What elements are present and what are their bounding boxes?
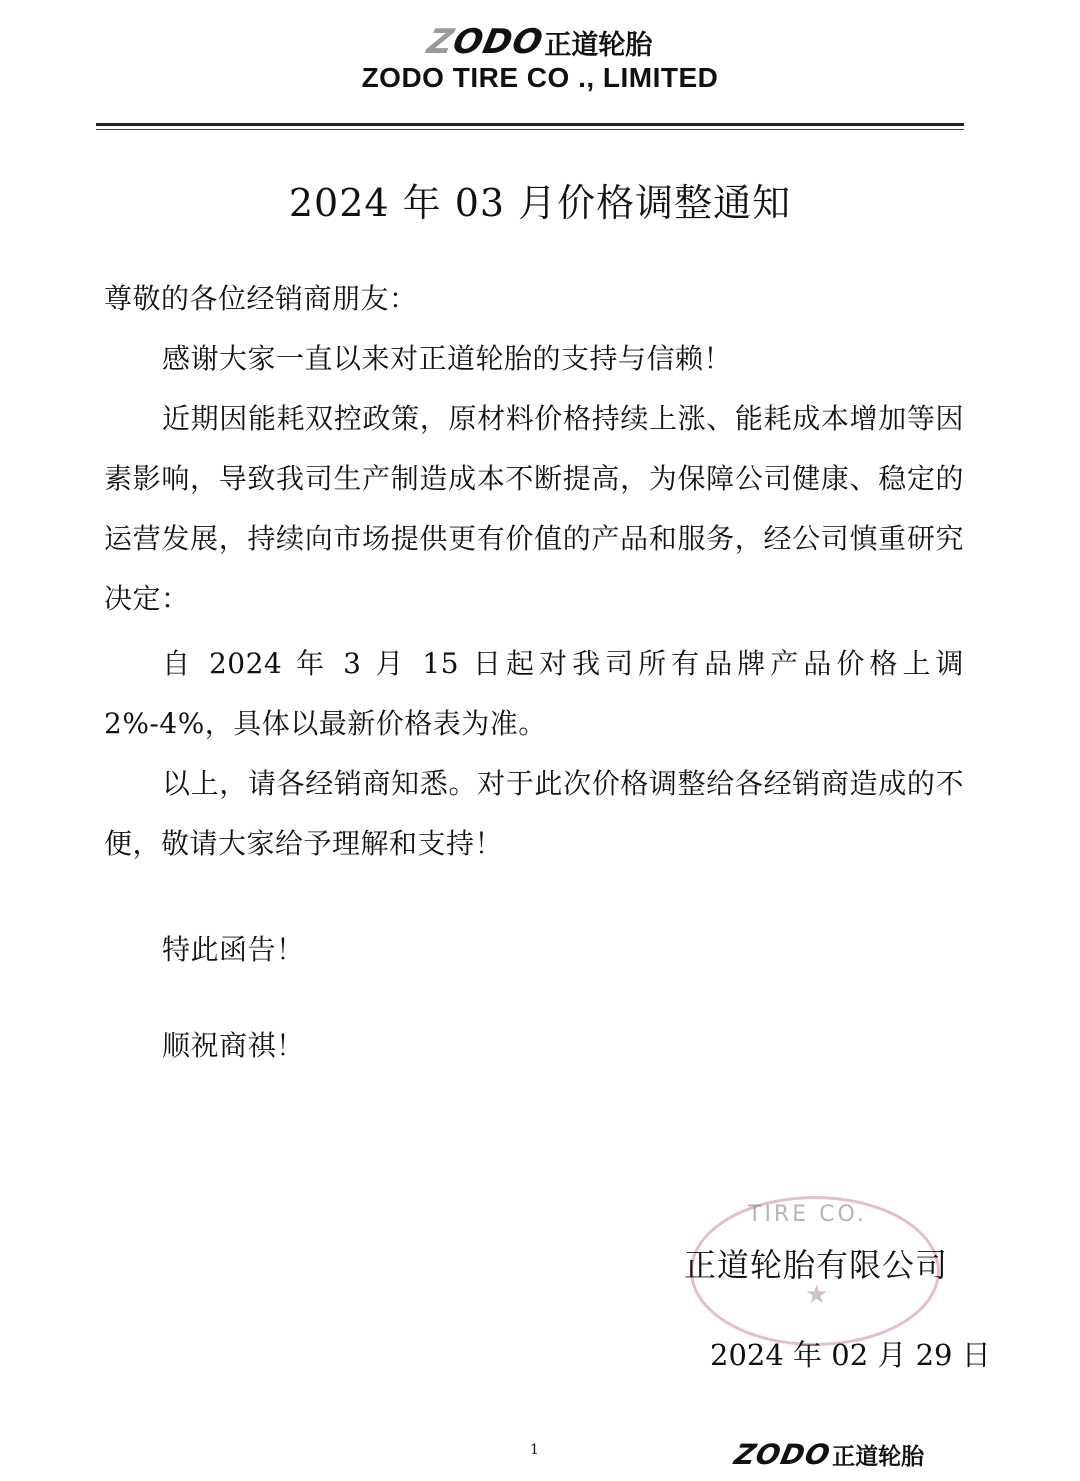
footer-logo: ZODO正道轮胎: [735, 1438, 924, 1471]
signature-date: 2024 年 02 月 29 日: [710, 1333, 991, 1374]
footer-logo-wordmark: ZODO: [731, 1438, 833, 1471]
seal-text: TIRE CO.: [748, 1202, 867, 1227]
signature-company: 正道轮胎有限公司: [684, 1240, 948, 1286]
paragraph-apology: 以上，请各经销商知悉。对于此次价格调整给各经销商造成的不便，敬请大家给予理解和支…: [104, 754, 964, 874]
closing-regards: 顺祝商祺！: [104, 1016, 964, 1076]
logo-wordmark: ZODO: [423, 22, 546, 62]
closing-notice: 特此函告！: [104, 920, 964, 980]
paragraph-reason: 近期因能耗双控政策，原材料价格持续上涨、能耗成本增加等因素影响，导致我司生产制造…: [104, 389, 964, 629]
paragraph-thanks: 感谢大家一直以来对正道轮胎的支持与信赖！: [104, 329, 964, 389]
document-title: 2024 年 03 月价格调整通知: [0, 172, 1080, 227]
company-english-name: ZODO TIRE CO ., LIMITED: [0, 62, 1080, 94]
logo-chinese-name: 正道轮胎: [544, 23, 652, 62]
footer-logo-chinese-name: 正道轮胎: [832, 1438, 924, 1471]
page-number: 1: [530, 1442, 539, 1458]
header-divider-thin: [96, 129, 964, 130]
paragraph-adjustment: 自 2024 年 3 月 15 日起对我司所有品牌产品价格上调 2%-4%，具体…: [104, 634, 964, 754]
header-logo: ZODO正道轮胎: [0, 22, 1080, 62]
salutation: 尊敬的各位经销商朋友：: [104, 269, 964, 329]
header-divider-thick: [96, 123, 964, 126]
